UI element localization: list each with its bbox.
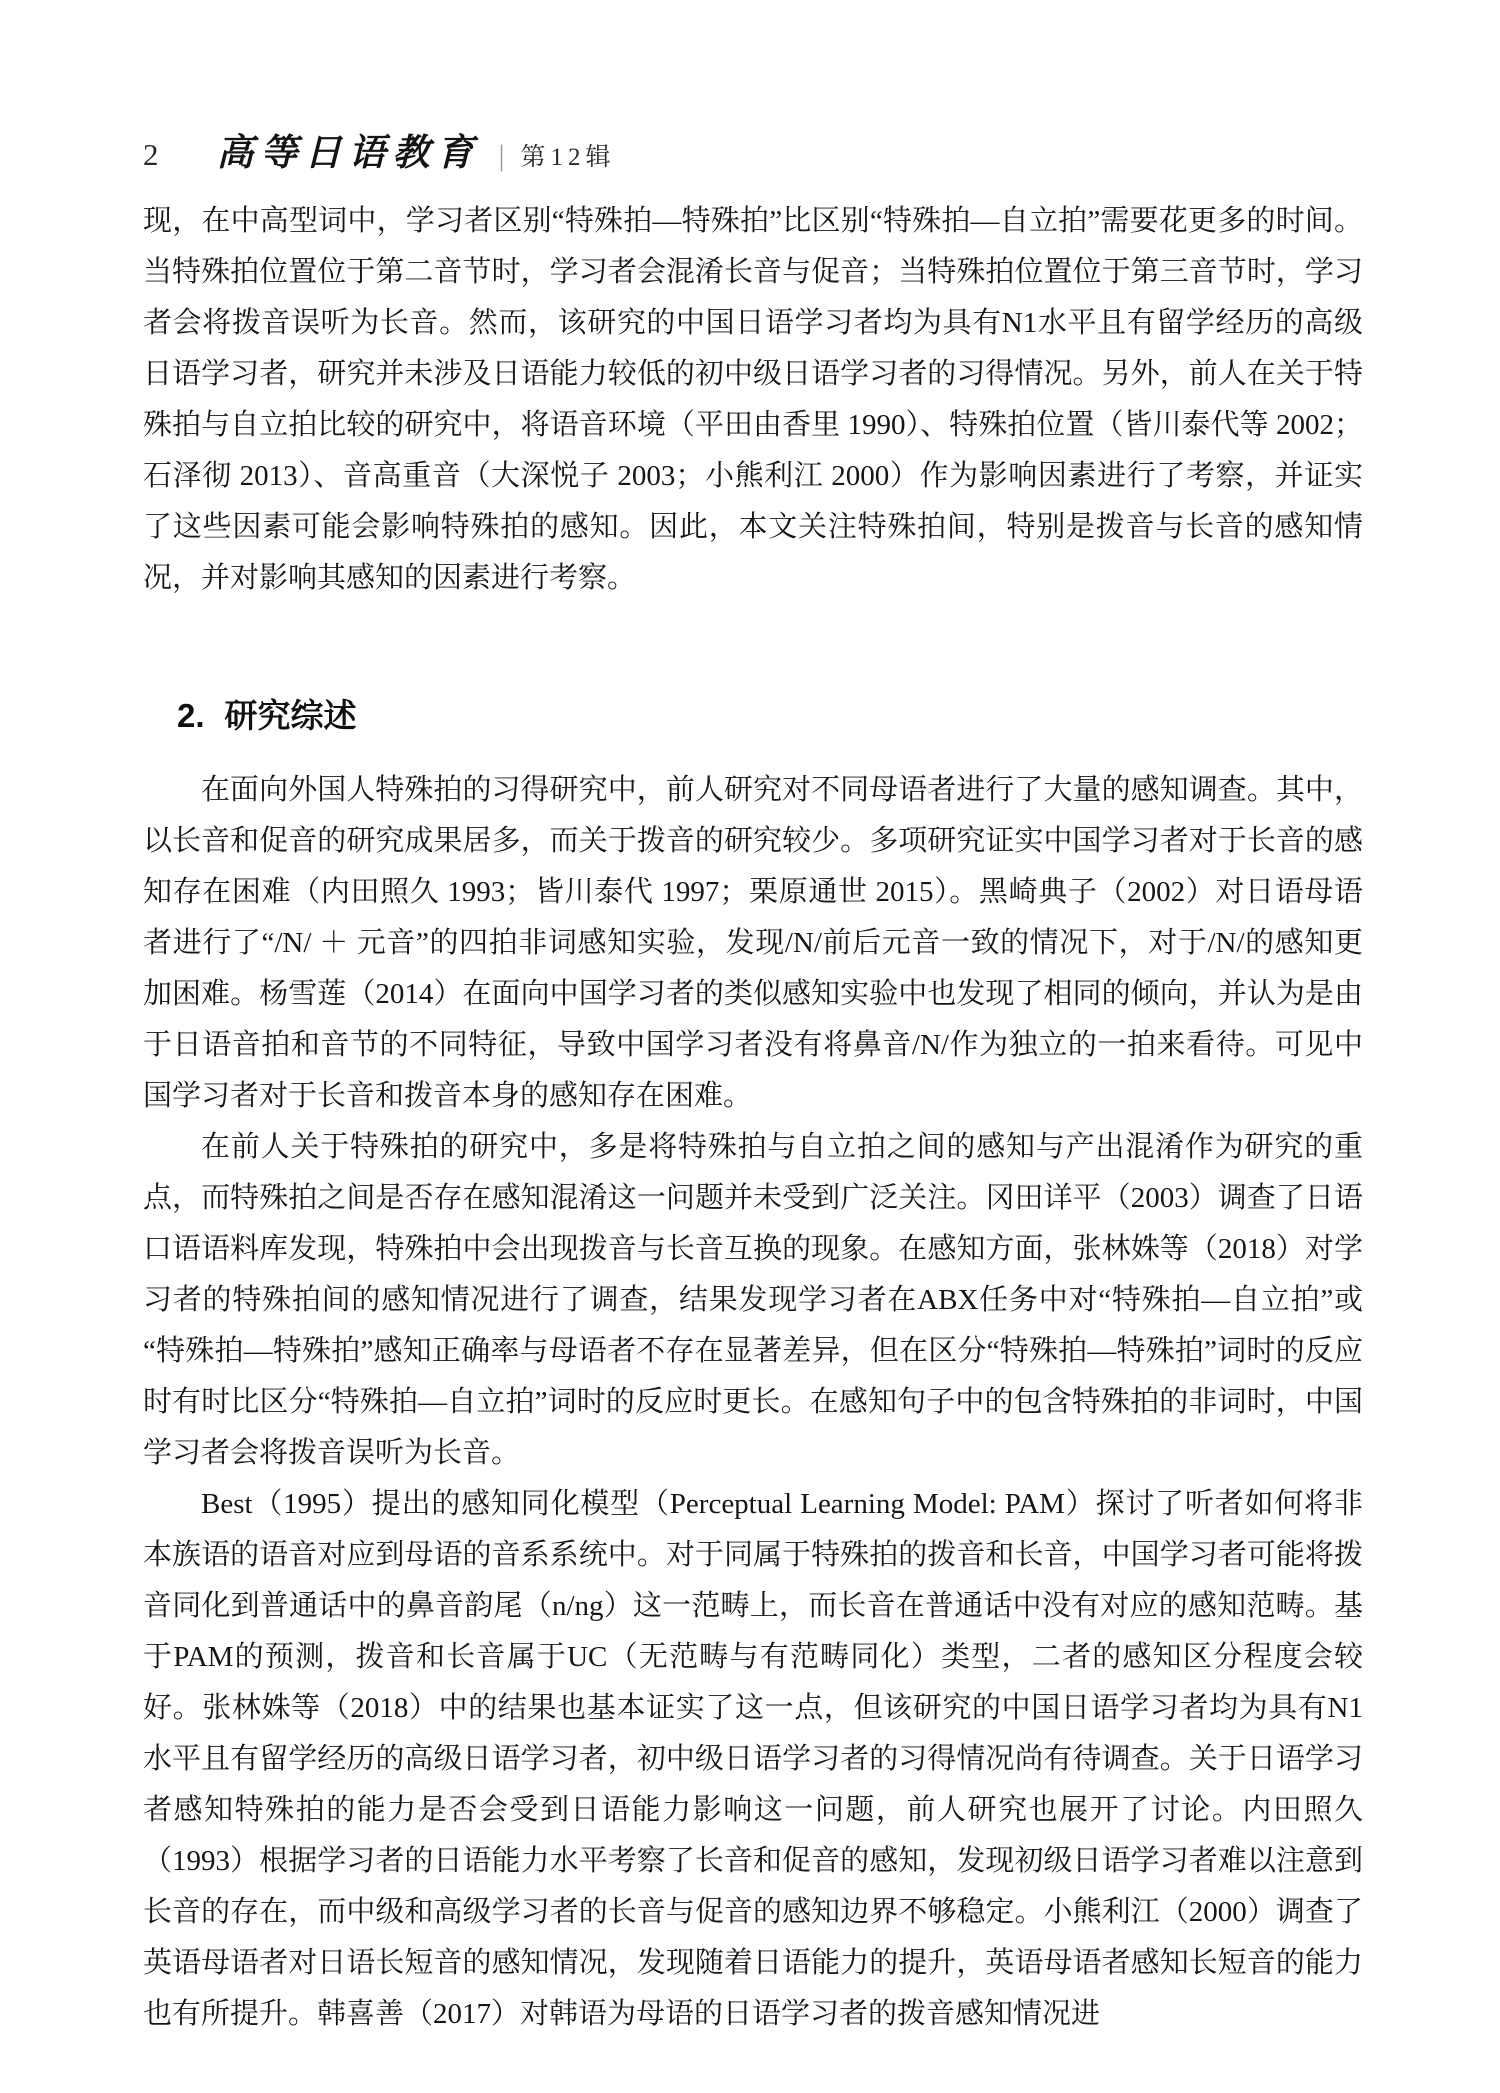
section-paragraph-2: 在前人关于特殊拍的研究中，多是将特殊拍与自立拍之间的感知与产出混淆作为研究的重点… [143, 1122, 1363, 1479]
journal-title: 高等日语教育 [217, 122, 481, 176]
page-number: 2 [143, 137, 159, 173]
running-header: 2 高等日语教育 | 第12辑 [143, 122, 1363, 166]
section-paragraph-3: Best（1995）提出的感知同化模型（Perceptual Learning … [143, 1479, 1363, 2040]
document-page: 2 高等日语教育 | 第12辑 现，在中高型词中，学习者区别“特殊拍—特殊拍”比… [0, 0, 1500, 2093]
section-heading: 2. 研究综述 [177, 690, 1363, 737]
section-title: 研究综述 [225, 690, 357, 737]
section-paragraph-1: 在面向外国人特殊拍的习得研究中，前人研究对不同母语者进行了大量的感知调查。其中，… [143, 765, 1363, 1122]
intro-paragraph: 现，在中高型词中，学习者区别“特殊拍—特殊拍”比区别“特殊拍—自立拍”需要花更多… [143, 196, 1363, 604]
header-separator: | [499, 139, 505, 173]
page-body: 现，在中高型词中，学习者区别“特殊拍—特殊拍”比区别“特殊拍—自立拍”需要花更多… [143, 196, 1363, 2040]
issue-label: 第12辑 [521, 137, 616, 173]
section-number: 2. [177, 697, 205, 735]
